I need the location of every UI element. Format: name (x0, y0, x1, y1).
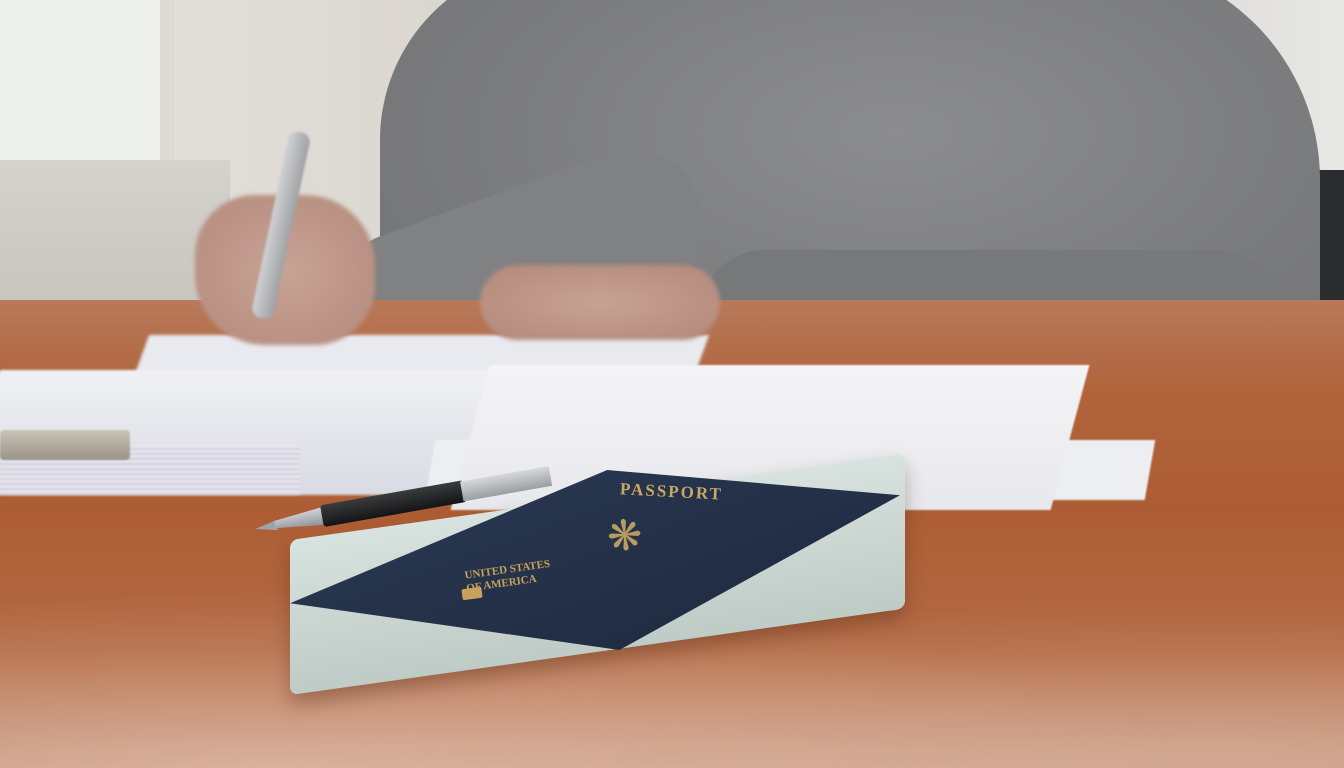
clipboard-clip (0, 430, 130, 460)
window (0, 0, 174, 160)
passport: PASSPORT ❋ UNITED STATES OF AMERICA (290, 470, 900, 650)
pen-tip (254, 520, 277, 534)
photo-scene: PASSPORT ❋ UNITED STATES OF AMERICA (0, 0, 1344, 768)
resting-hand (480, 265, 720, 340)
